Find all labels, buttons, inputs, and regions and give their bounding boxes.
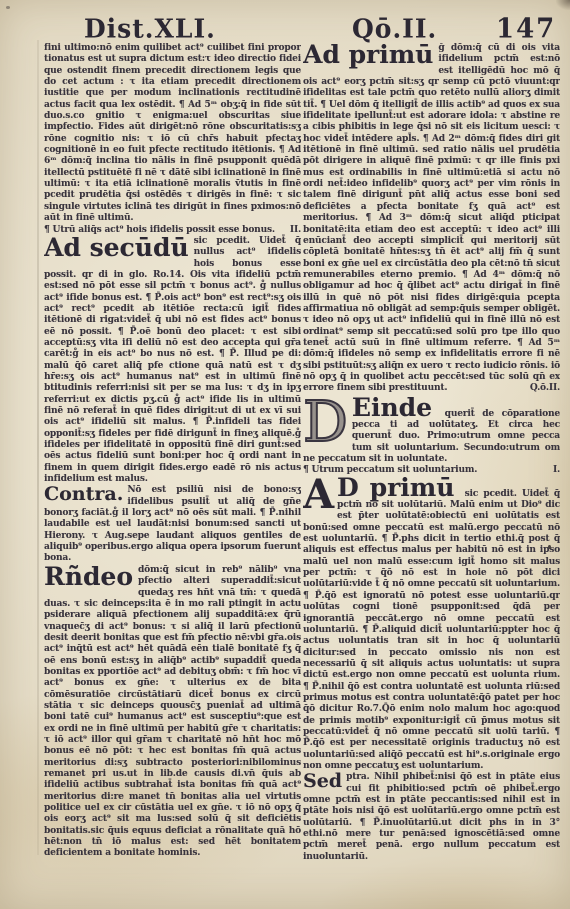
question-end-mark: Q.ō.II. bbox=[530, 383, 560, 394]
page-background: Dist.XLI. Qō.II. 147 fini ultimo:nō enim… bbox=[0, 0, 570, 909]
section-deinde: D Einde querit̄ de cōparatione pecca ti … bbox=[303, 397, 560, 466]
drop-cap-initial-d: D bbox=[303, 397, 352, 447]
folio-number: 147 bbox=[496, 13, 556, 45]
scanned-book-page: { "header": { "left_title": "Dist.XLI.",… bbox=[0, 0, 570, 909]
section-contra: Contra. Nō est psiliū nisi de bono:sʒ if… bbox=[44, 485, 301, 564]
section-heading-contra: Contra. bbox=[44, 485, 127, 503]
question-rubric: ¶ Utrū aliq̄s act⁹ hois ifidelis possit … bbox=[44, 225, 275, 236]
section-heading-d-primum: D primū bbox=[337, 472, 459, 502]
section-heading-sed: Sed bbox=[303, 772, 346, 790]
body-text: fini ultimo:nō enim quilibet act⁹ cuilib… bbox=[44, 43, 301, 223]
section-respondeo: Rñdeo dōm:q̄ sicut in reb⁹ nālib⁹ vna pf… bbox=[44, 565, 301, 860]
section-heading-ad-primum: Ad primū bbox=[303, 43, 438, 66]
section-sed-contra: Sed ptra. Nihil phibet̄:nisi q̄ō est in … bbox=[303, 772, 560, 863]
ink-speck bbox=[548, 545, 551, 549]
running-head-distinction: Dist.XLI. bbox=[84, 13, 216, 43]
body-text: sic pcedit. Uidet̄ q̄ pctm̄ nō sit uolūt… bbox=[303, 489, 560, 771]
left-text-column: fini ultimo:nō enim quilibet act⁹ cuilib… bbox=[44, 43, 301, 865]
body-text: dōm:q̄ sicut in reb⁹ nālib⁹ vna pfectio … bbox=[44, 565, 301, 859]
body-text: g̊ dōm:q̄ cū di ois vita ifidelium pctm̄… bbox=[303, 43, 560, 393]
drop-cap-initial-a: A bbox=[303, 477, 337, 512]
section-heading-deinde: Einde bbox=[352, 392, 437, 422]
question-numeral: I. bbox=[553, 465, 560, 476]
section-ad-primum-responses: Ad primū g̊ dōm:q̄ cū di ois vita ifidel… bbox=[303, 43, 560, 395]
running-head: Dist.XLI. Qō.II. 147 bbox=[0, 14, 570, 46]
ink-speck bbox=[6, 6, 10, 9]
section-ad-secundum: Ad secūdū sic pcedit. Uidet̄ q̄ nullus a… bbox=[44, 236, 301, 486]
question-rubric-line: ¶ Utrū aliq̄s act⁹ hois ifidelis possit … bbox=[44, 225, 301, 236]
right-text-column: Ad primū g̊ dōm:q̄ cū di ois vita ifidel… bbox=[303, 43, 560, 865]
body-text: sic pcedit. Uidet̄ q̄ nullus act⁹ ifidel… bbox=[44, 236, 301, 484]
question-numeral: II. bbox=[290, 225, 301, 236]
section-heading-respondeo: Rñdeo bbox=[44, 565, 138, 588]
section-heading-ad-secundum: Ad secūdū bbox=[44, 236, 194, 259]
running-head-question: Qō.II. bbox=[352, 13, 437, 43]
section-ad-primum-obiections: A D primū sic pcedit. Uidet̄ q̄ pctm̄ nō… bbox=[303, 477, 560, 773]
paragraph-continuation: fini ultimo:nō enim quilibet act⁹ cuilib… bbox=[44, 43, 301, 225]
